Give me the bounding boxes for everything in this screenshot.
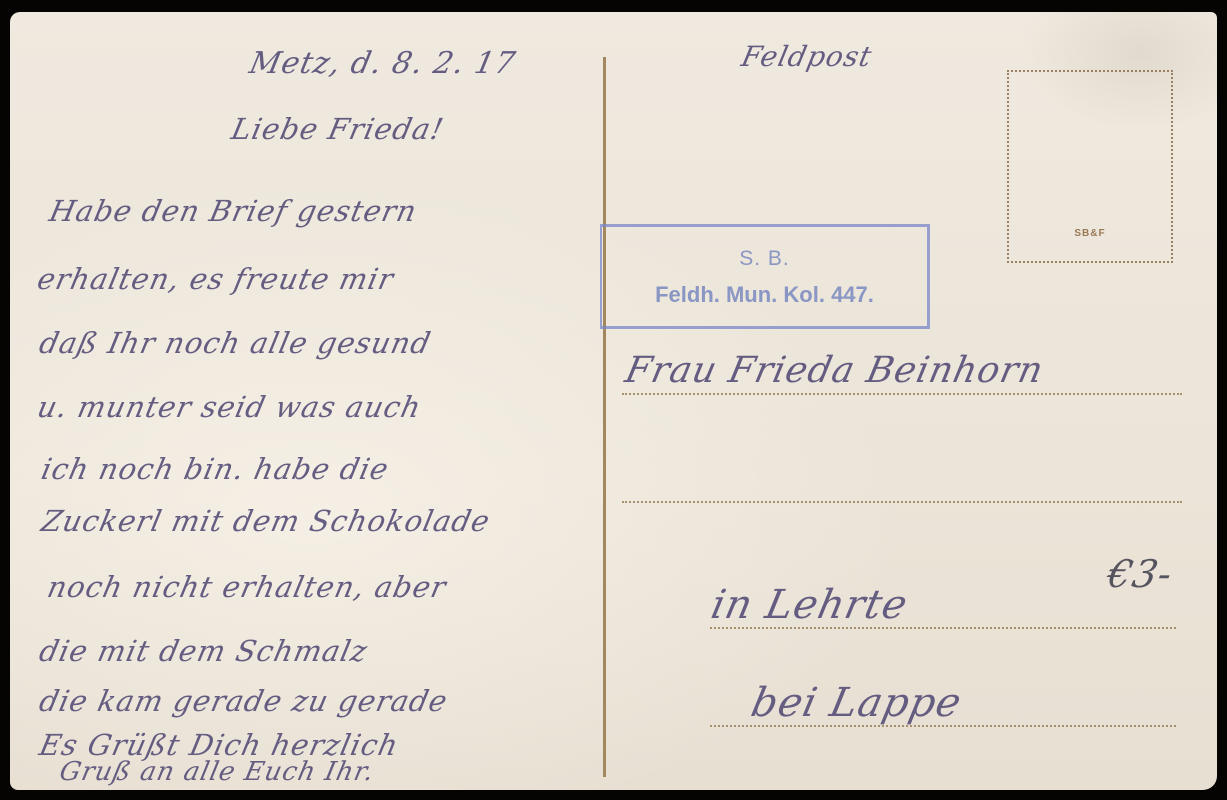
salutation: Liebe Frieda! [228,112,447,146]
message-line-7: noch nicht erhalten, aber [44,570,449,604]
postcard: Metz, d. 8. 2. 17 Liebe Frieda! Habe den… [10,12,1217,790]
address-line-3 [710,627,1176,629]
date-line: Metz, d. 8. 2. 17 [246,46,519,81]
stamp-placeholder-box: SB&F [1007,70,1173,263]
message-line-6: Zuckerl mit dem Schokolade [38,504,493,538]
message-line-5: ich noch bin. habe die [38,452,392,486]
stamp-line-1: S. B. [602,247,927,271]
unit-rubber-stamp: S. B. Feldh. Mun. Kol. 447. [600,224,930,329]
address-care-of: bei Lappe [747,680,966,726]
feldpost-mark: Feldpost [738,40,875,73]
message-line-3: daß Ihr noch alle gesund [36,326,434,360]
message-line-11: Gruß an alle Euch Ihr. [57,757,377,787]
message-line-4: u. munter seid was auch [34,390,424,424]
address-recipient: Frau Frieda Beinhorn [622,350,1048,391]
publisher-imprint: SB&F [1009,228,1171,239]
message-line-8: die mit dem Schmalz [36,634,371,668]
address-city: in Lehrte [707,582,912,628]
center-divider-line [603,57,606,777]
price-note: €3- [1103,552,1177,596]
address-line-2 [622,501,1182,503]
message-line-1: Habe den Brief gestern [46,194,420,228]
message-line-9: die kam gerade zu gerade [36,684,451,718]
message-line-2: erhalten, es freute mir [34,262,397,296]
address-line-1 [622,393,1182,395]
stamp-line-2: Feldh. Mun. Kol. 447. [602,282,927,308]
address-line-4 [710,725,1176,727]
